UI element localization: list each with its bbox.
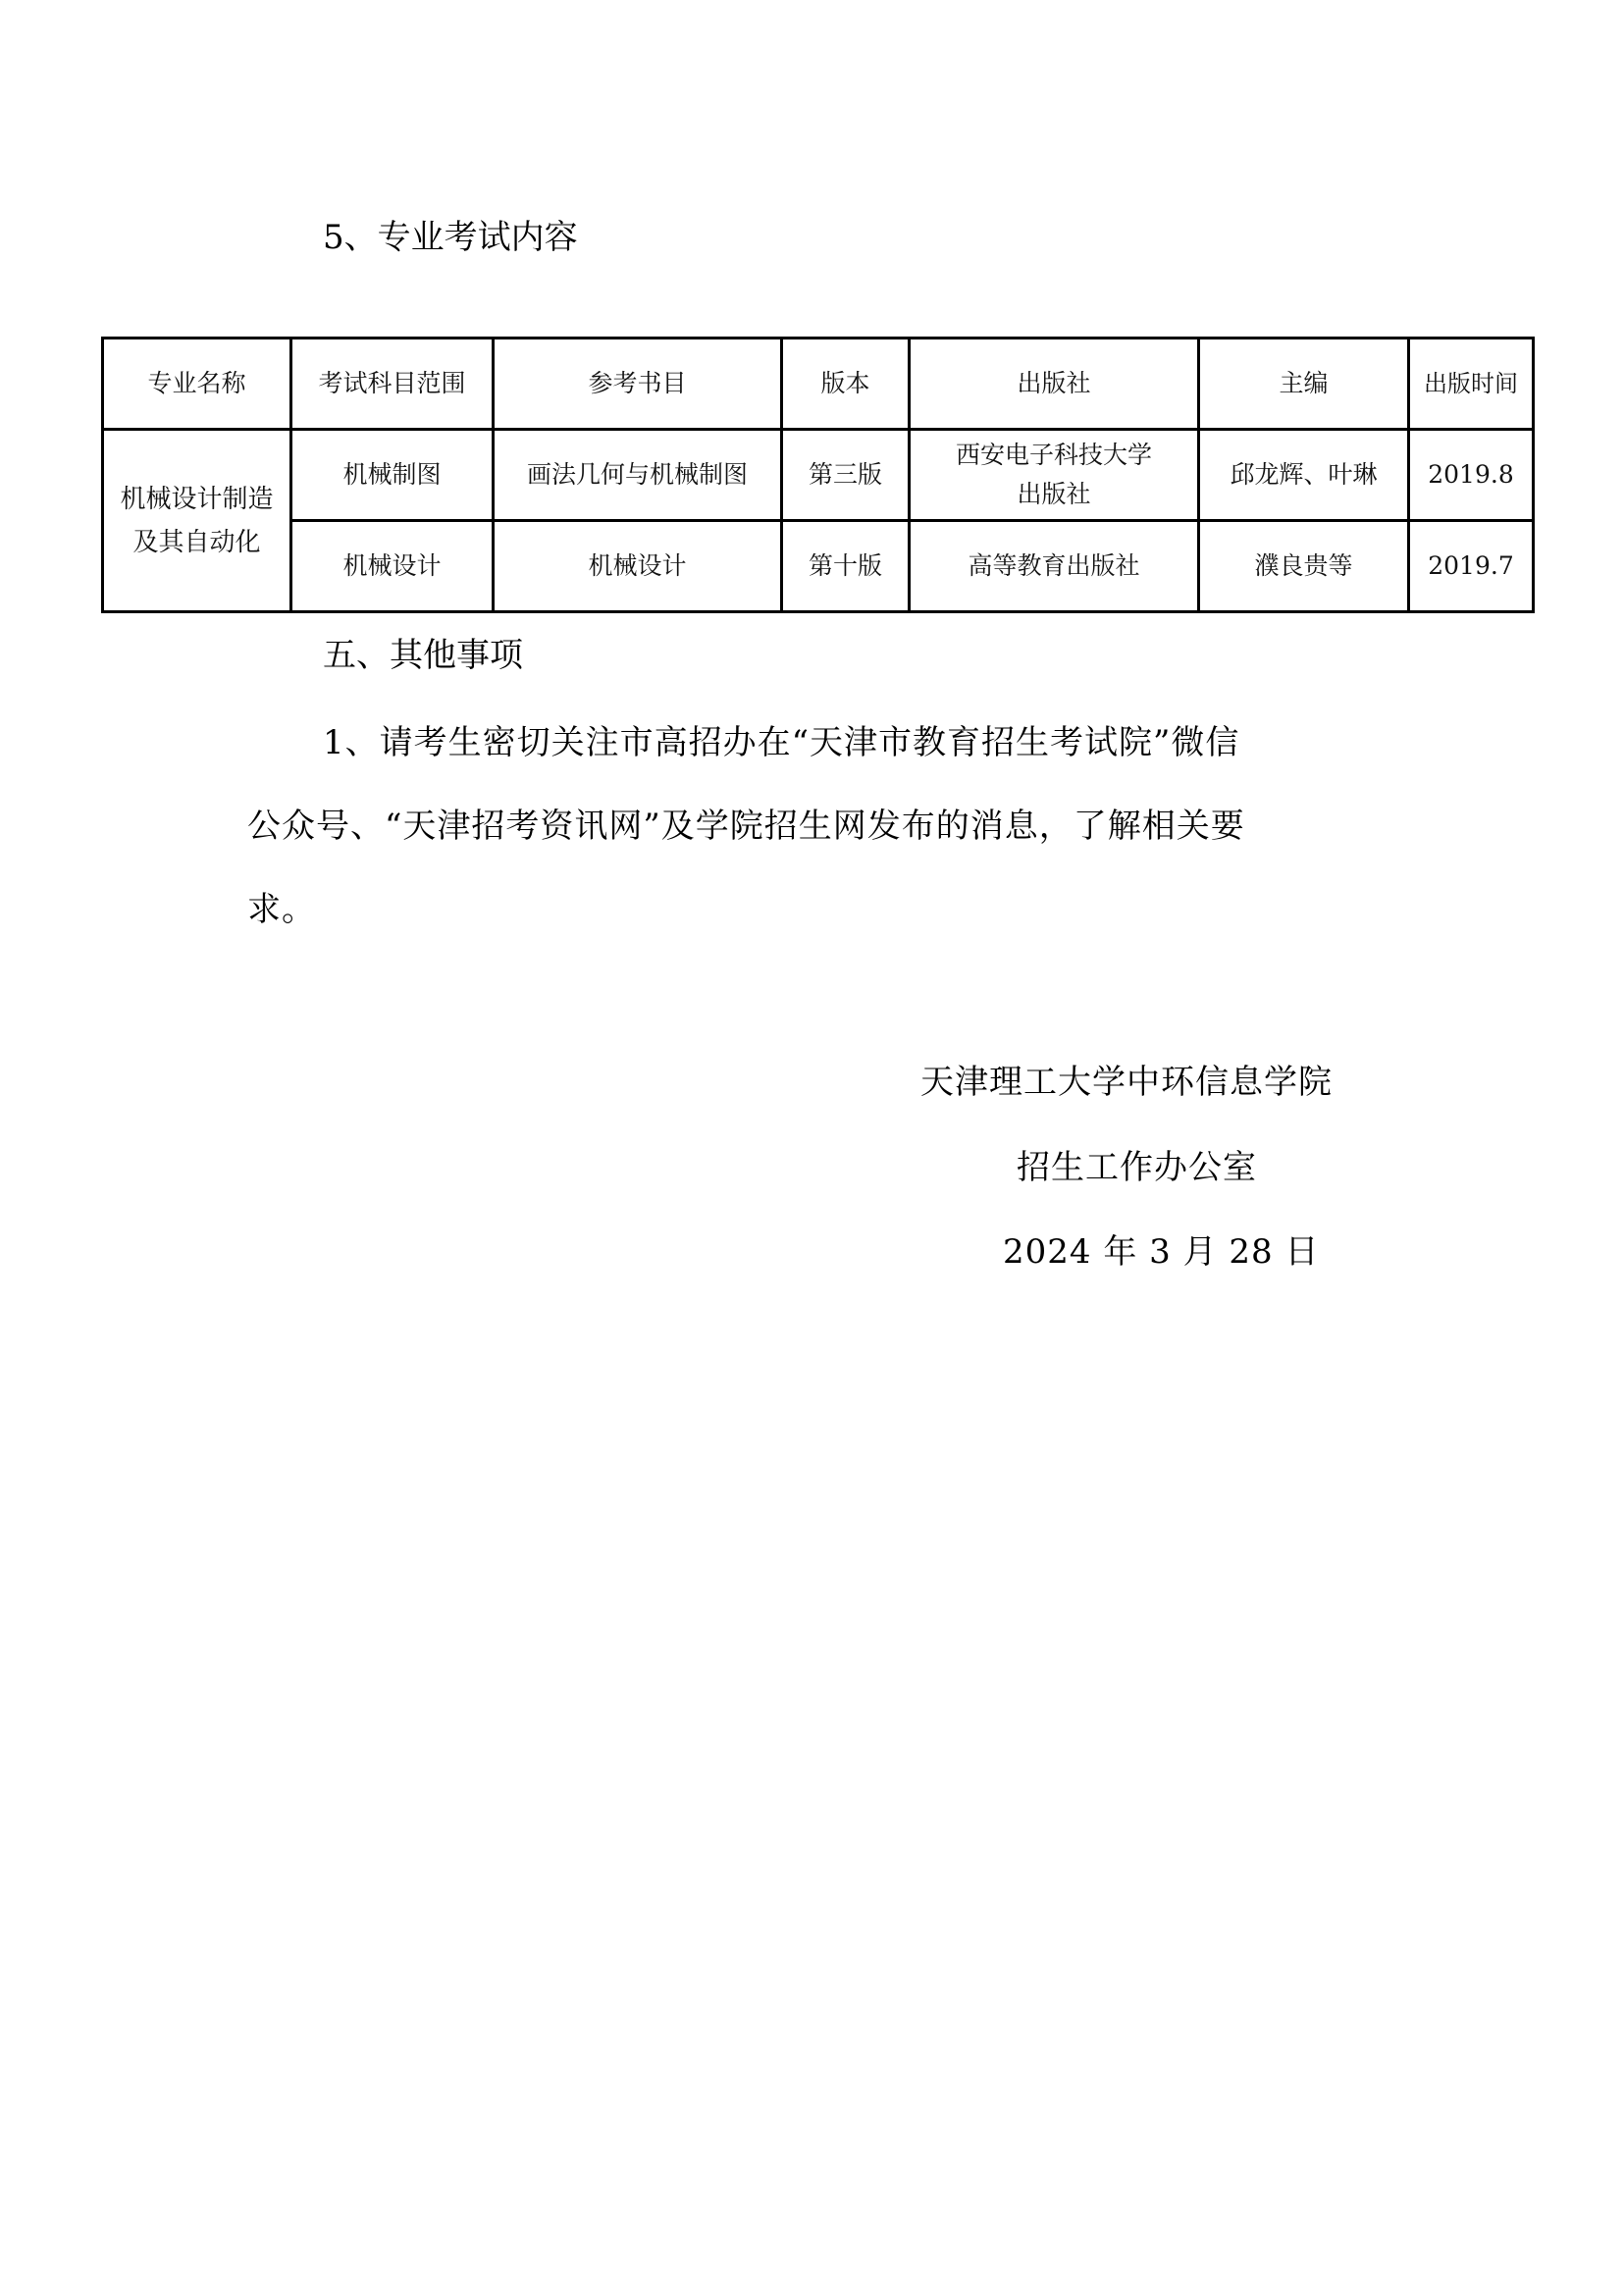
section-heading-exam-content: 5、专业考试内容 <box>323 218 578 257</box>
table-row: 机械设计制造 及其自动化 机械制图 画法几何与机械制图 第三版 西安电子科技大学… <box>103 430 1534 521</box>
table-row: 机械设计 机械设计 第十版 高等教育出版社 濮良贵等 2019.7 <box>103 521 1534 612</box>
major-cell: 机械设计制造 及其自动化 <box>103 430 291 612</box>
header-major: 专业名称 <box>103 339 291 430</box>
signature-date: 2024 年 3 月 28 日 <box>1003 1232 1319 1272</box>
publisher-cell: 高等教育出版社 <box>910 521 1199 612</box>
signature-office: 招生工作办公室 <box>1017 1148 1257 1187</box>
paragraph-line-1: 1、请考生密切关注市高招办在“天津市教育招生考试院”微信 <box>323 723 1239 762</box>
table-header-row: 专业名称 考试科目范围 参考书目 版本 出版社 主编 出版时间 <box>103 339 1534 430</box>
subject-cell: 机械设计 <box>291 521 494 612</box>
header-publisher: 出版社 <box>910 339 1199 430</box>
editor-cell: 邱龙辉、叶琳 <box>1199 430 1409 521</box>
paragraph-line-2: 公众号、“天津招考资讯网”及学院招生网发布的消息，了解相关要 <box>247 807 1245 846</box>
signature-organization: 天津理工大学中环信息学院 <box>920 1063 1333 1102</box>
edition-cell: 第三版 <box>782 430 910 521</box>
edition-cell: 第十版 <box>782 521 910 612</box>
exam-content-table: 专业名称 考试科目范围 参考书目 版本 出版社 主编 出版时间 机械设计制造 及… <box>101 337 1535 613</box>
date-cell: 2019.8 <box>1409 430 1534 521</box>
header-edition: 版本 <box>782 339 910 430</box>
editor-cell: 濮良贵等 <box>1199 521 1409 612</box>
header-book: 参考书目 <box>494 339 782 430</box>
book-cell: 画法几何与机械制图 <box>494 430 782 521</box>
book-cell: 机械设计 <box>494 521 782 612</box>
header-date: 出版时间 <box>1409 339 1534 430</box>
date-cell: 2019.7 <box>1409 521 1534 612</box>
section-heading-other-matters: 五、其他事项 <box>323 636 523 675</box>
header-subject: 考试科目范围 <box>291 339 494 430</box>
paragraph-line-3: 求。 <box>247 890 316 929</box>
subject-cell: 机械制图 <box>291 430 494 521</box>
header-editor: 主编 <box>1199 339 1409 430</box>
publisher-cell: 西安电子科技大学 出版社 <box>910 430 1199 521</box>
